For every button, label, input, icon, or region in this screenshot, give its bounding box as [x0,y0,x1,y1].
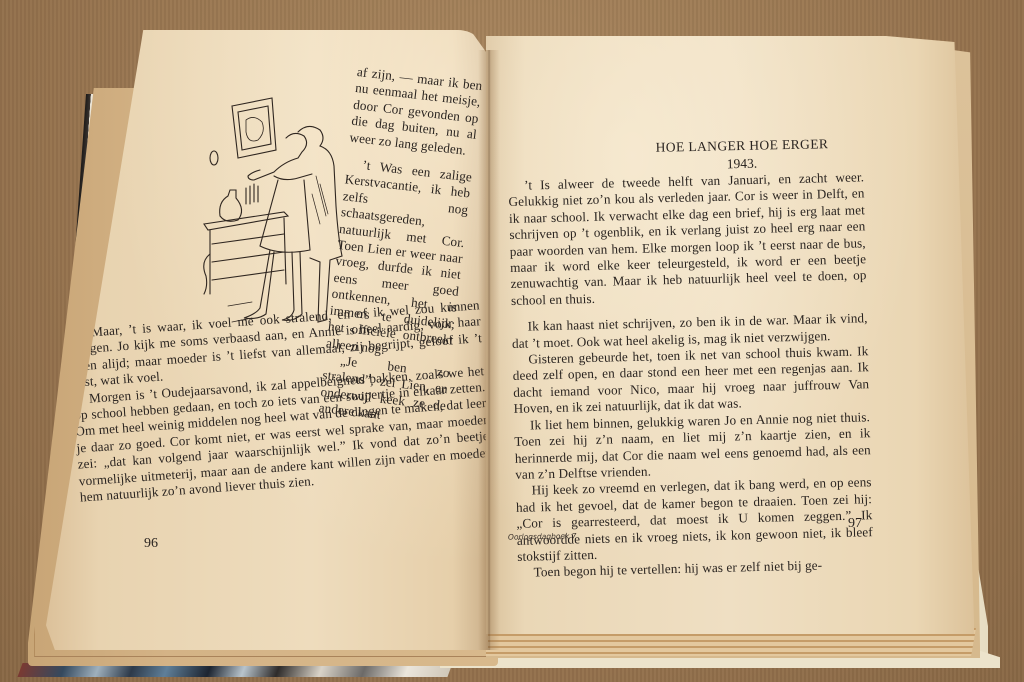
paragraph: Gisteren gebeurde het, toen ik net van s… [512,343,869,417]
right-page-body-text: ’t Is alweer de tweede helft van Januari… [508,169,874,581]
left-page-full-width-text: op. Maar, ’t is waar, ik voel me ook str… [68,297,488,506]
paragraph: ’t Is alweer de tweede helft van Januari… [508,169,867,309]
paragraph: af zijn, — maar ik ben nu eenmaal het me… [349,64,483,160]
paragraph: Ik liet hem binnen, gelukkig waren Jo en… [514,409,871,483]
paragraph: Hij keek zo vreemd en verlegen, dat ik b… [515,475,873,566]
signature-mark: Oorlogsdagboek 7 [508,531,577,541]
page-number-right: 97 [848,516,862,532]
book-gutter [478,50,500,650]
book-photo: af zijn, — maar ik ben nu eenmaal het me… [0,0,1024,682]
right-page: HOE LANGER HOE ERGER 1943. ’t Is alweer … [486,36,974,634]
page-number-left: 96 [144,536,158,552]
